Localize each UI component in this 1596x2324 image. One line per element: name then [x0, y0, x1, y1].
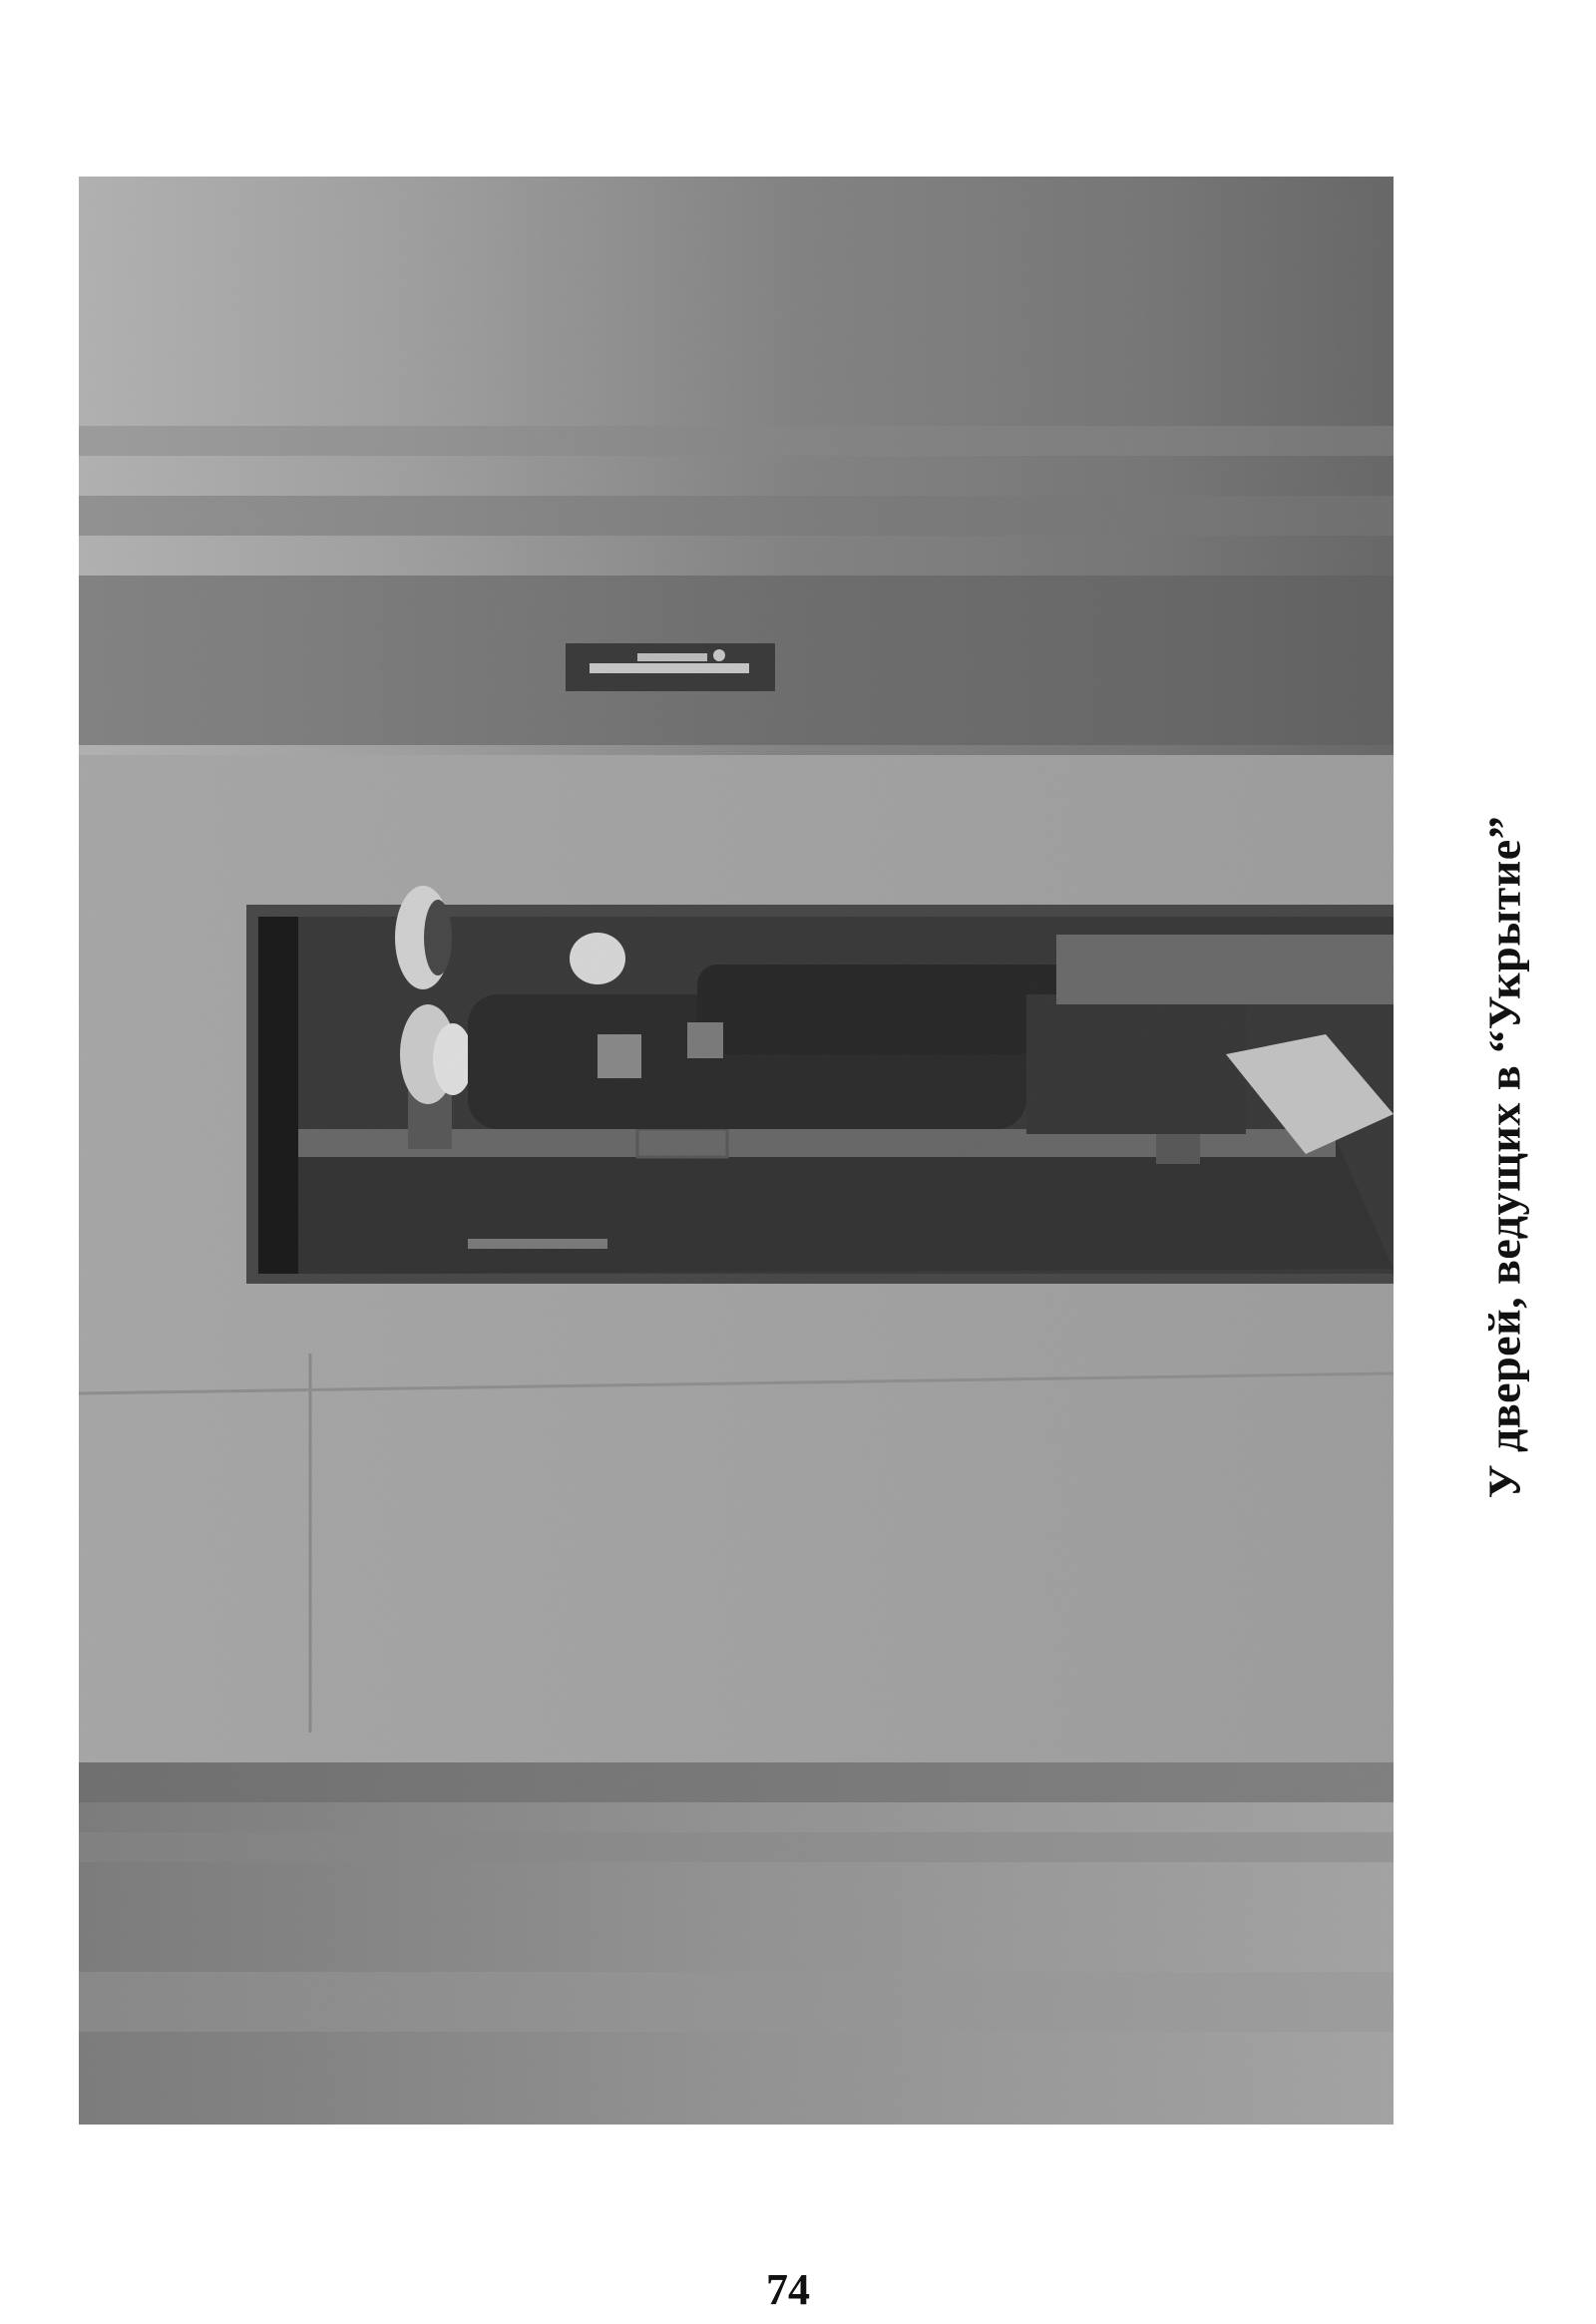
caption-area: У дверей, ведущих в “Укрытие”: [1464, 788, 1544, 1526]
page-number: 74: [738, 2264, 838, 2315]
book-page: У дверей, ведущих в “Укрытие” 74: [0, 0, 1596, 2324]
photo-canvas: [79, 177, 1394, 2125]
photograph: [79, 177, 1394, 2125]
photo-caption: У дверей, ведущих в “Укрытие”: [1478, 816, 1531, 1498]
